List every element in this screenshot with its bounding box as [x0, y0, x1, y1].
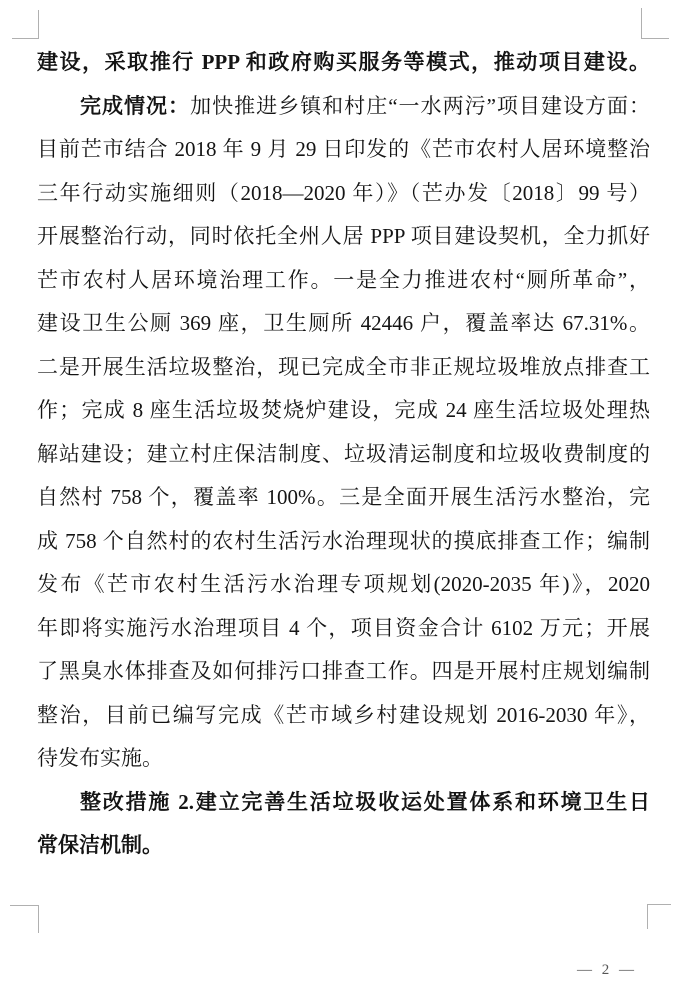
text-run: 建设卫生公厕 369 座，卫生厕所 42446 户，覆盖率达 67.31%。: [37, 311, 650, 335]
document-page: 建设，采取推行 PPP 和政府购买服务等模式，推动项目建设。完成情况：加快推进乡…: [0, 0, 681, 993]
text-line-13: 发布《芒市农村生活污水治理专项规划(2020-2035 年)》，2020: [37, 563, 650, 607]
text-run: 目前芒市结合 2018 年 9 月 29 日印发的《芒市农村人居环境整治: [37, 137, 650, 161]
corner-mark-bottom-left: [10, 905, 39, 933]
text-line-8: 二是开展生活垃圾整治，现已完成全市非正规垃圾堆放点排查工: [37, 346, 650, 390]
corner-mark-top-right: [641, 8, 669, 39]
text-line-2: 完成情况：加快推进乡镇和村庄“一水两污”项目建设方面：: [37, 85, 650, 129]
text-line-12: 成 758 个自然村的农村生活污水治理现状的摸底排查工作；编制: [37, 520, 650, 564]
text-line-3: 目前芒市结合 2018 年 9 月 29 日印发的《芒市农村人居环境整治: [37, 128, 650, 172]
text-run: 开展整治行动，同时依托全州人居 PPP 项目建设契机，全力抓好: [37, 224, 650, 248]
text-run: 加快推进乡镇和村庄“一水两污”项目建设方面：: [190, 94, 650, 118]
text-line-19: 常保洁机制。: [37, 824, 650, 868]
text-run: 三年行动实施细则（2018—2020 年）》（芒办发〔2018〕99 号）: [37, 181, 650, 205]
text-line-6: 芒市农村人居环境治理工作。一是全力推进农村“厕所革命”，: [37, 259, 650, 303]
text-line-9: 作；完成 8 座生活垃圾焚烧炉建设，完成 24 座生活垃圾处理热: [37, 389, 650, 433]
text-run: 发布《芒市农村生活污水治理专项规划(2020-2035 年)》，2020: [37, 572, 650, 596]
bold-text-run: 整改措施 2.建立完善生活垃圾收运处置体系和环境卫生日: [80, 790, 650, 814]
bold-text-run: 建设，采取推行 PPP 和政府购买服务等模式，推动项目建设。: [37, 50, 650, 74]
text-run: 待发布实施。: [37, 746, 163, 770]
text-line-1: 建设，采取推行 PPP 和政府购买服务等模式，推动项目建设。: [37, 41, 650, 85]
text-line-11: 自然村 758 个，覆盖率 100%。三是全面开展生活污水整治，完: [37, 476, 650, 520]
text-line-17: 待发布实施。: [37, 737, 650, 781]
text-line-5: 开展整治行动，同时依托全州人居 PPP 项目建设契机，全力抓好: [37, 215, 650, 259]
bold-text-run: 常保洁机制。: [37, 833, 163, 857]
text-line-7: 建设卫生公厕 369 座，卫生厕所 42446 户，覆盖率达 67.31%。: [37, 302, 650, 346]
text-run: 作；完成 8 座生活垃圾焚烧炉建设，完成 24 座生活垃圾处理热: [37, 398, 650, 422]
text-line-10: 解站建设；建立村庄保洁制度、垃圾清运制度和垃圾收费制度的: [37, 433, 650, 477]
text-block: 建设，采取推行 PPP 和政府购买服务等模式，推动项目建设。完成情况：加快推进乡…: [37, 41, 650, 868]
text-run: 二是开展生活垃圾整治，现已完成全市非正规垃圾堆放点排查工: [37, 355, 650, 379]
text-line-16: 整治，目前已编写完成《芒市域乡村建设规划 2016-2030 年》，: [37, 694, 650, 738]
text-line-18: 整改措施 2.建立完善生活垃圾收运处置体系和环境卫生日: [37, 781, 650, 825]
text-line-14: 年即将实施污水治理项目 4 个，项目资金合计 6102 万元；开展: [37, 607, 650, 651]
text-run: 了黑臭水体排查及如何排污口排查工作。四是开展村庄规划编制: [37, 659, 650, 683]
bold-text-run: 完成情况：: [80, 94, 190, 118]
page-number: — 2 —: [577, 962, 637, 979]
corner-mark-bottom-right: [647, 904, 671, 929]
text-run: 成 758 个自然村的农村生活污水治理现状的摸底排查工作；编制: [37, 529, 650, 553]
text-run: 自然村 758 个，覆盖率 100%。三是全面开展生活污水整治，完: [37, 485, 650, 509]
text-run: 年即将实施污水治理项目 4 个，项目资金合计 6102 万元；开展: [37, 616, 650, 640]
text-run: 解站建设；建立村庄保洁制度、垃圾清运制度和垃圾收费制度的: [37, 442, 650, 466]
text-run: 整治，目前已编写完成《芒市域乡村建设规划 2016-2030 年》，: [37, 703, 650, 727]
text-line-15: 了黑臭水体排查及如何排污口排查工作。四是开展村庄规划编制: [37, 650, 650, 694]
corner-mark-top-left: [12, 10, 39, 39]
text-run: 芒市农村人居环境治理工作。一是全力推进农村“厕所革命”，: [37, 268, 650, 292]
text-line-4: 三年行动实施细则（2018—2020 年）》（芒办发〔2018〕99 号）: [37, 172, 650, 216]
